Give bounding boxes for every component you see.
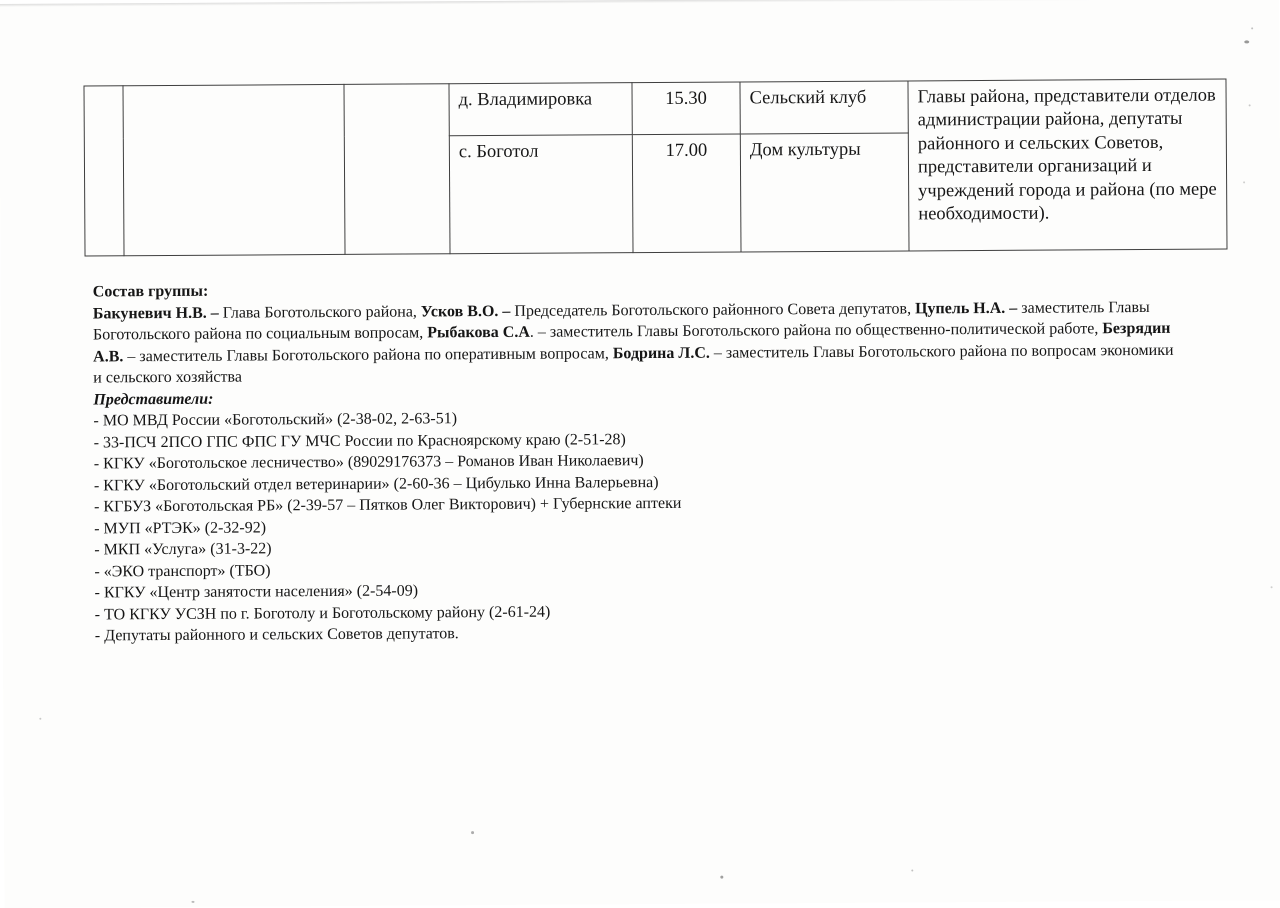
scan-speck [1244,40,1249,43]
scan-edge [0,0,1279,7]
scan-speck [1249,104,1251,106]
scan-speck [1271,586,1273,588]
representatives-list: - МО МВД России «Боготольский» (2-38-02,… [93,404,1176,647]
group-member-name: Усков В.О. – [421,302,511,320]
scan-speck [911,869,913,871]
cell-time-row1: 15.30 [632,82,740,135]
group-member-role: – заместитель Главы Боготольского района… [123,345,613,365]
scan-speck [39,718,41,720]
group-member-role: . – заместитель Главы Боготольского райо… [530,320,1103,340]
document-page: д. Владимировка 15.30 Сельский клуб Глав… [0,0,1280,904]
scan-speck [1251,27,1253,29]
group-member-name: Бакуневич Н.В. – [93,304,219,322]
cell-empty-1 [84,86,124,256]
group-member-name: Рыбакова С.А [427,324,530,342]
cell-place-row2: с. Боготол [449,135,633,254]
group-paragraph: Бакуневич Н.В. – Глава Боготольского рай… [93,296,1176,389]
cell-empty-2 [123,84,345,255]
group-member-name: Цупель Н.А. – [915,299,1017,317]
cell-participants: Главы района, представители отделов адми… [908,79,1227,251]
scan-speck [471,831,474,834]
group-member-role: Председатель Боготольского районного Сов… [510,300,915,319]
cell-empty-3 [344,84,450,255]
schedule-table: д. Владимировка 15.30 Сельский клуб Глав… [83,79,1227,257]
cell-time-row2: 17.00 [632,134,741,253]
scan-speck [1243,181,1245,183]
group-member-role: Глава Боготольского района, [219,303,421,321]
cell-venue-row1: Сельский клуб [740,81,908,134]
cell-place-row1: д. Владимировка [449,83,632,136]
scan-speck [191,901,194,903]
scan-speck [720,876,723,879]
group-section: Состав группы: Бакуневич Н.В. – Глава Бо… [93,275,1177,647]
cell-venue-row2: Дом культуры [740,133,909,252]
group-member-name: Бодрина Л.С. [613,344,710,362]
